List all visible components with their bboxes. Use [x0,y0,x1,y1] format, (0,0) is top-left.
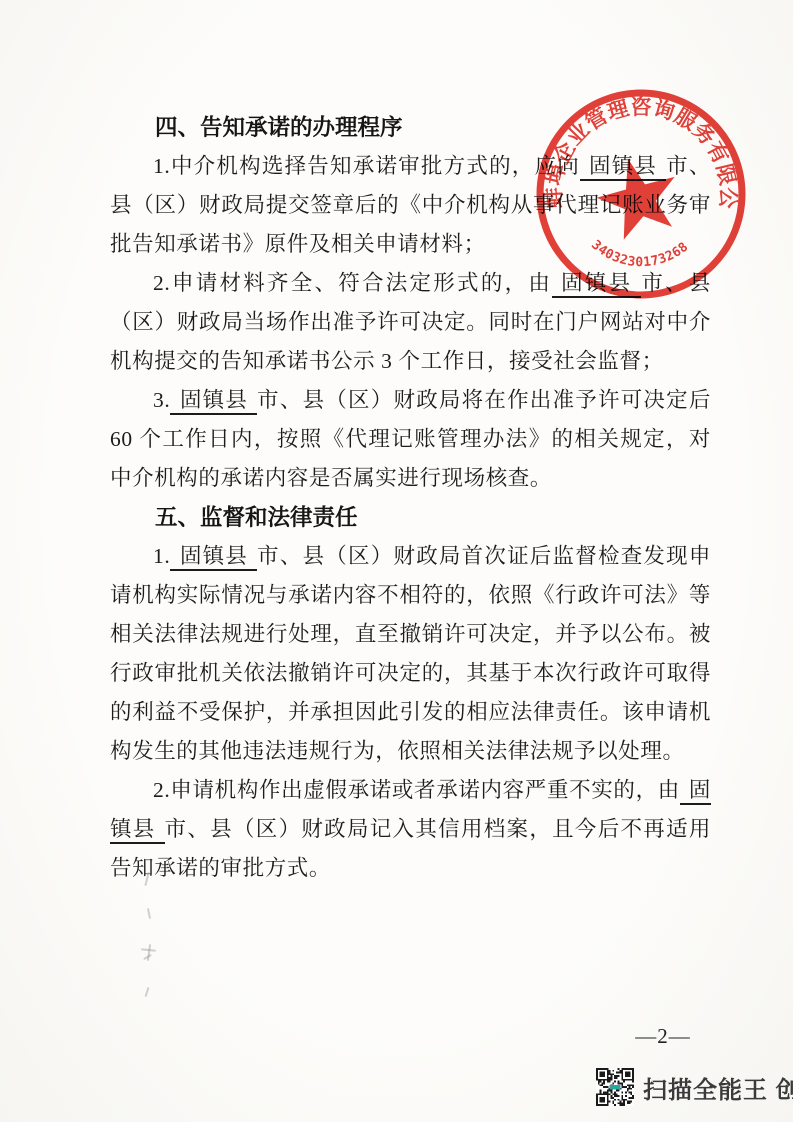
company-seal-stamp: 蚌埠企业管理咨询服务有限公司 3403230173268 [531,84,751,304]
section-heading: 五、监督和法律责任 [110,498,711,537]
paragraph: 1.固镇县市、县（区）财政局首次证后监督检查发现申请机构实际情况与承诺内容不相符… [110,537,711,771]
scan-artifact [147,944,151,961]
text-run: 2.申请机构作出虚假承诺或者承诺内容严重不实的，由 [153,778,680,802]
scanner-watermark-label: 扫描全能王 创建 [643,1070,793,1105]
text-run: 市、县（区）财政局首次证后监督检查发现申请机构实际情况与承诺内容不相符的，依照《… [110,544,711,763]
stamp-code-number: 3403230173268 [588,238,692,271]
paragraph: 3.固镇县市、县（区）财政局将在作出准予许可决定后 60 个工作日内，按照《代理… [110,381,711,498]
qr-code-icon [596,1068,634,1106]
text-run: 1. [153,544,170,568]
text-run: 1.中介机构选择告知承诺审批方式的，应向 [153,154,580,178]
scan-artifact [145,987,150,997]
star-icon [589,148,687,243]
page-number: —2— [628,1024,698,1049]
text-run: 市、县（区）财政局记入其信用档案，且今后不再适用告知承诺的审批方式。 [110,817,711,880]
text-run: 3. [153,388,170,412]
scanned-document-page: 四、告知承诺的办理程序1.中介机构选择告知承诺审批方式的，应向固镇县市、县（区）… [0,0,793,1122]
filled-blank-underlined: 固镇县 [170,388,257,415]
scanner-watermark: 扫描全能王 创建 [596,1068,793,1106]
paragraph: 2.申请机构作出虚假承诺或者承诺内容严重不实的，由固镇县市、县（区）财政局记入其… [110,771,711,888]
text-run: 2.申请材料齐全、符合法定形式的，由 [153,271,552,295]
filled-blank-underlined: 固镇县 [170,544,257,571]
scan-artifact [147,908,151,919]
